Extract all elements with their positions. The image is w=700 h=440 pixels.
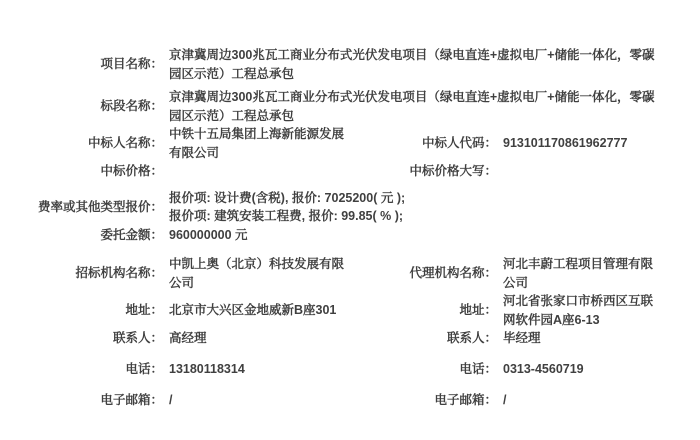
- tender-address-label: 地址：: [0, 301, 163, 320]
- row-email: 电子邮箱： / 电子邮箱： /: [0, 391, 661, 410]
- tender-contact-value: 高经理: [169, 329, 346, 348]
- row-winner: 中标人名称： 中铁十五局集团上海新能源发展有限公司 中标人代码： 9131011…: [0, 125, 661, 162]
- rate-quote-label: 费率或其他类型报价：: [0, 198, 163, 217]
- row-entrust-amount: 委托金额： 960000000 元: [0, 226, 661, 245]
- proxy-email-label: 电子邮箱：: [352, 391, 497, 410]
- tender-phone-label: 电话：: [0, 360, 163, 379]
- section-name-label: 标段名称：: [0, 97, 163, 116]
- row-project-name: 项目名称： 京津冀周边300兆瓦工商业分布式光伏发电项目（绿电直连+虚拟电厂+储…: [0, 46, 661, 83]
- row-bid-price: 中标价格： 中标价格大写：: [0, 162, 661, 181]
- proxy-email-value: /: [503, 391, 661, 410]
- tender-agency-label: 招标机构名称：: [0, 264, 163, 283]
- entrust-amount-label: 委托金额：: [0, 226, 163, 245]
- bid-result-document: 项目名称： 京津冀周边300兆瓦工商业分布式光伏发电项目（绿电直连+虚拟电厂+储…: [0, 0, 700, 440]
- bid-price-words-label: 中标价格大写：: [352, 162, 497, 181]
- proxy-phone-value: 0313-4560719: [503, 360, 661, 379]
- winner-code-value: 913101170861962777: [503, 134, 661, 153]
- row-agency: 招标机构名称： 中凯上奥（北京）科技发展有限公司 代理机构名称： 河北丰蔚工程项…: [0, 255, 661, 292]
- bid-price-label: 中标价格：: [0, 162, 163, 181]
- proxy-contact-label: 联系人：: [352, 329, 497, 348]
- row-phone: 电话： 13180118314 电话： 0313-4560719: [0, 360, 661, 379]
- proxy-contact-value: 毕经理: [503, 329, 661, 348]
- proxy-address-label: 地址：: [352, 301, 497, 320]
- row-rate-quote: 费率或其他类型报价： 报价项: 设计费(含税), 报价: 7025200( 元 …: [0, 189, 661, 226]
- tender-email-value: /: [169, 391, 346, 410]
- proxy-agency-value: 河北丰蔚工程项目管理有限公司: [503, 255, 661, 292]
- row-contact: 联系人： 高经理 联系人： 毕经理: [0, 329, 661, 348]
- tender-contact-label: 联系人：: [0, 329, 163, 348]
- proxy-phone-label: 电话：: [352, 360, 497, 379]
- winner-code-label: 中标人代码：: [352, 134, 497, 153]
- section-name-value: 京津冀周边300兆瓦工商业分布式光伏发电项目（绿电直连+虚拟电厂+储能一体化，零…: [169, 88, 661, 125]
- tender-phone-value: 13180118314: [169, 360, 346, 379]
- proxy-address-value: 河北省张家口市桥西区互联网软件园A座6-13: [503, 292, 661, 329]
- rate-quote-value: 报价项: 设计费(含税), 报价: 7025200( 元 ); 报价项: 建筑安…: [169, 189, 661, 226]
- tender-email-label: 电子邮箱：: [0, 391, 163, 410]
- entrust-amount-value: 960000000 元: [169, 226, 661, 245]
- project-name-label: 项目名称：: [0, 55, 163, 74]
- row-address: 地址： 北京市大兴区金地威新B座301 地址： 河北省张家口市桥西区互联网软件园…: [0, 292, 661, 329]
- tender-agency-value: 中凯上奥（北京）科技发展有限公司: [169, 255, 346, 292]
- tender-address-value: 北京市大兴区金地威新B座301: [169, 301, 346, 320]
- winner-name-value: 中铁十五局集团上海新能源发展有限公司: [169, 125, 346, 162]
- proxy-agency-label: 代理机构名称：: [352, 264, 497, 283]
- winner-name-label: 中标人名称：: [0, 134, 163, 153]
- project-name-value: 京津冀周边300兆瓦工商业分布式光伏发电项目（绿电直连+虚拟电厂+储能一体化，零…: [169, 46, 661, 83]
- row-section-name: 标段名称： 京津冀周边300兆瓦工商业分布式光伏发电项目（绿电直连+虚拟电厂+储…: [0, 88, 661, 125]
